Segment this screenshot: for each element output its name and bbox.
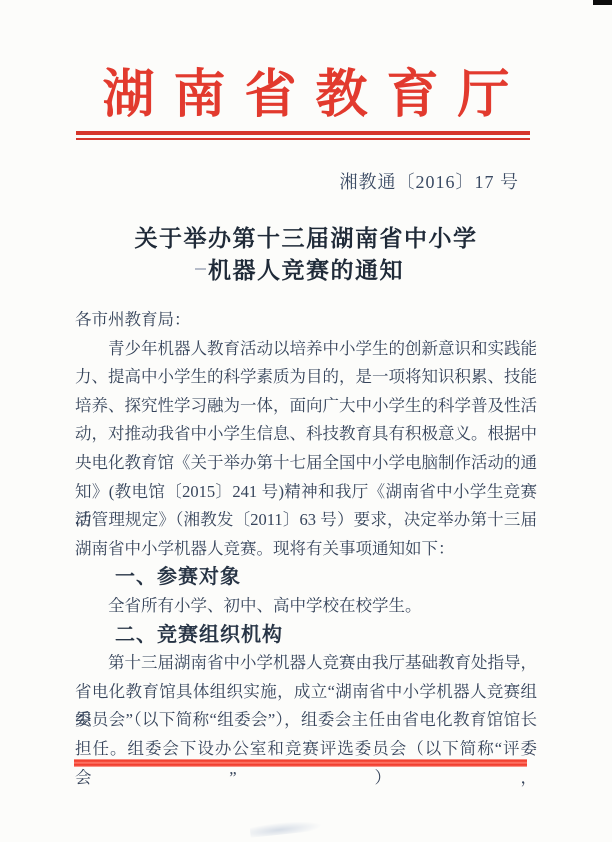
scan-artifact-dash	[195, 268, 206, 270]
paragraph-line: 知》(教电馆〔2015〕241 号)精神和我厅《湖南省中小学生竞赛活	[75, 478, 537, 507]
section-1-heading: 一、参赛对象	[75, 563, 537, 592]
document-number: 湘教通〔2016〕17 号	[0, 170, 519, 194]
letterhead-divider-line	[76, 131, 530, 140]
paragraph-line: 青少年机器人教育活动以培养中小学生的创新意识和实践能	[75, 335, 537, 364]
paragraph-line: 力、提高中小学生的科学素质为目的，是一项将知识积累、技能	[75, 363, 537, 392]
paragraph-line: 央电化教育馆《关于举办第十七届全国中小学电脑制作活动的通	[75, 449, 537, 478]
salutation: 各市州教育局：	[75, 306, 537, 335]
document-page: 湖南省教育厅 湘教通〔2016〕17 号 关于举办第十三届湖南省中小学 机器人竞…	[0, 0, 612, 842]
document-title-line2: 机器人竞赛的通知	[0, 255, 612, 287]
scan-artifact-smudge	[250, 818, 323, 837]
section-1-text: 全省所有小学、初中、高中学校在校学生。	[75, 592, 537, 621]
document-body: 各市州教育局： 青少年机器人教育活动以培养中小学生的创新意识和实践能 力、提高中…	[75, 306, 537, 764]
letterhead-title: 湖南省教育厅	[0, 66, 612, 126]
document-title-line1: 关于举办第十三届湖南省中小学	[0, 223, 612, 255]
paragraph-line: 动管理规定》（湘教发〔2011〕63 号）要求，决定举办第十三届	[75, 506, 537, 535]
paragraph-line: 培养、探究性学习融为一体，面向广大中小学生的科学普及性活	[75, 392, 537, 421]
paragraph-line: 湖南省中小学机器人竞赛。现将有关事项通知如下：	[75, 535, 537, 564]
next-page-red-line-artifact	[74, 759, 527, 767]
document-title: 关于举办第十三届湖南省中小学 机器人竞赛的通知	[0, 223, 612, 287]
section-2-heading: 二、竞赛组织机构	[75, 621, 537, 650]
paragraph-line: 省电化教育馆具体组织实施，成立“湖南省中小学机器人竞赛组织	[75, 678, 537, 707]
paragraph-line: 委员会”（以下简称“组委会”），组委会主任由省电化教育馆馆长	[75, 706, 537, 735]
paragraph-line: 动，对推动我省中小学生信息、科技教育具有积极意义。根据中	[75, 420, 537, 449]
paragraph-line: 第十三届湖南省中小学机器人竞赛由我厅基础教育处指导，	[75, 649, 537, 678]
scan-artifact-corner-mark	[593, 0, 612, 5]
